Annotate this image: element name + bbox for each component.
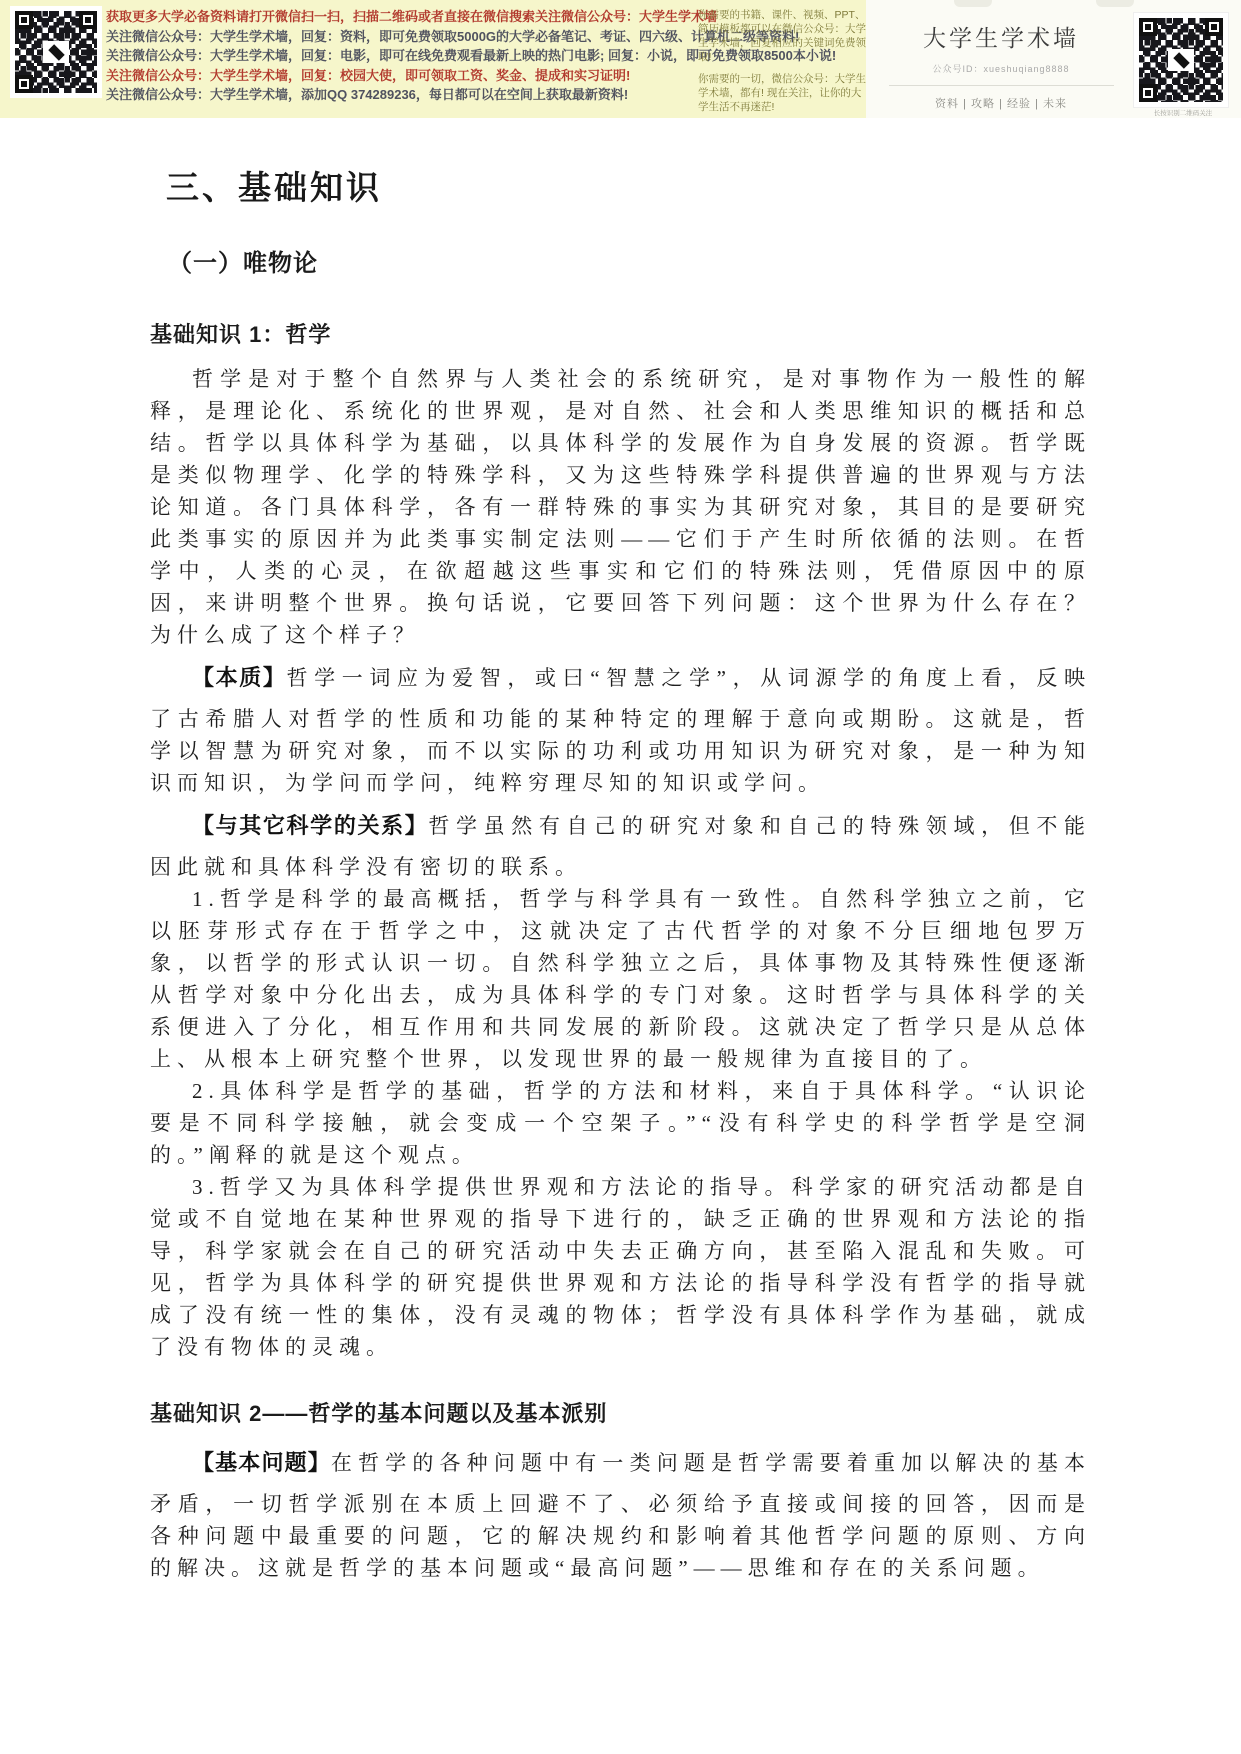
qr-finder-icon (1139, 18, 1157, 36)
paragraph-label: 【与其它科学的关系】 (192, 813, 428, 838)
promo-note-bottom: 你需要的一切，微信公众号：大学生学术墙，都有! 现在关注，让你的大学生活不再迷茫… (698, 72, 870, 114)
account-name: 大学生学术墙 (870, 20, 1132, 53)
paragraph-label: 【基本问题】 (192, 1450, 331, 1475)
promo-line: 获取更多大学必备资料请打开微信扫一扫，扫描二维码或者直接在微信搜索关注微信公众号… (106, 7, 681, 27)
qr-finder-icon (1139, 84, 1157, 102)
qr-finder-icon (1205, 18, 1223, 36)
document-page: 三、基础知识 （一）唯物论 基础知识 1：哲学 哲学是对于整个自然界与人类社会的… (150, 118, 1091, 1584)
paragraph-essence: 【本质】哲学一词应为爱智，或曰“智慧之学”，从词源学的角度上看，反映了古希腊人对… (150, 653, 1091, 799)
graduation-cap-icon (1168, 49, 1194, 71)
paragraph-intro: 哲学是对于整个自然界与人类社会的系统研究，是对事物作为一般性的解释，是理论化、系… (150, 363, 1091, 651)
page-title: 三、基础知识 (166, 162, 1091, 209)
account-tags: 资料 | 攻略 | 经验 | 未来 (870, 95, 1132, 111)
section-subtitle: （一）唯物论 (168, 243, 1091, 278)
promo-line: 关注微信公众号：大学生学术墙，回复：资料，即可免费领取5000G的大学必备笔记、… (106, 27, 681, 47)
paragraph-point-3: 3.哲学又为具体科学提供世界观和方法论的指导。科学家的研究活动都是自觉或不自觉地… (150, 1171, 1091, 1363)
promo-banner: 获取更多大学必备资料请打开微信扫一扫，扫描二维码或者直接在微信搜索关注微信公众号… (0, 0, 1241, 118)
qr-pattern (15, 11, 97, 93)
promo-text-block: 获取更多大学必备资料请打开微信扫一扫，扫描二维码或者直接在微信搜索关注微信公众号… (106, 7, 681, 105)
graduation-cap-icon (43, 41, 69, 63)
qr-finder-icon (15, 75, 33, 93)
account-id: 公众号ID：xueshuqiang8888 (870, 62, 1132, 75)
paragraph-point-2: 2.具体科学是哲学的基础，哲学的方法和材料，来自于具体科学。“认识论要是不同科学… (150, 1075, 1091, 1171)
paragraph-text: 哲学一词应为爱智，或曰“智慧之学”，从词源学的角度上看，反映了古希腊人对哲学的性… (150, 666, 1091, 795)
promo-line: 关注微信公众号：大学生学术墙，回复：校园大使，即可领取工资、奖金、提成和实习证明… (106, 66, 681, 86)
paragraph-point-1: 1.哲学是科学的最高概括，哲学与科学具有一致性。自然科学独立之前，它以胚芽形式存… (150, 883, 1091, 1075)
qr-code-right (1134, 13, 1228, 107)
promo-line: 关注微信公众号：大学生学术墙，回复：电影，即可在线免费观看最新上映的热门电影; … (106, 46, 681, 66)
heading-basics-2: 基础知识 2——哲学的基本问题以及基本派别 (150, 1397, 1091, 1428)
promo-line: 关注微信公众号：大学生学术墙，添加QQ 374289236，每日都可以在空间上获… (106, 85, 681, 105)
promo-note-top: 你需要的书籍、课件、视频、PPT、简历模板都可以在微信公众号：大学生学术墙，回复… (698, 8, 870, 64)
qr-code-left (10, 6, 102, 98)
qr-pattern (1139, 18, 1223, 102)
paragraph-relation: 【与其它科学的关系】哲学虽然有自己的研究对象和自己的特殊领域，但不能因此就和具体… (150, 801, 1091, 883)
qr-finder-icon (15, 11, 33, 29)
qr-finder-icon (79, 11, 97, 29)
paragraph-basic-question: 【基本问题】在哲学的各种问题中有一类问题是哲学需要着重加以解决的基本矛盾，一切哲… (150, 1438, 1091, 1584)
paragraph-label: 【本质】 (192, 665, 286, 690)
qr-caption: 长按识别二维码关注 (1138, 108, 1228, 117)
heading-basics-1: 基础知识 1：哲学 (150, 318, 1091, 349)
card-divider (889, 85, 1114, 86)
